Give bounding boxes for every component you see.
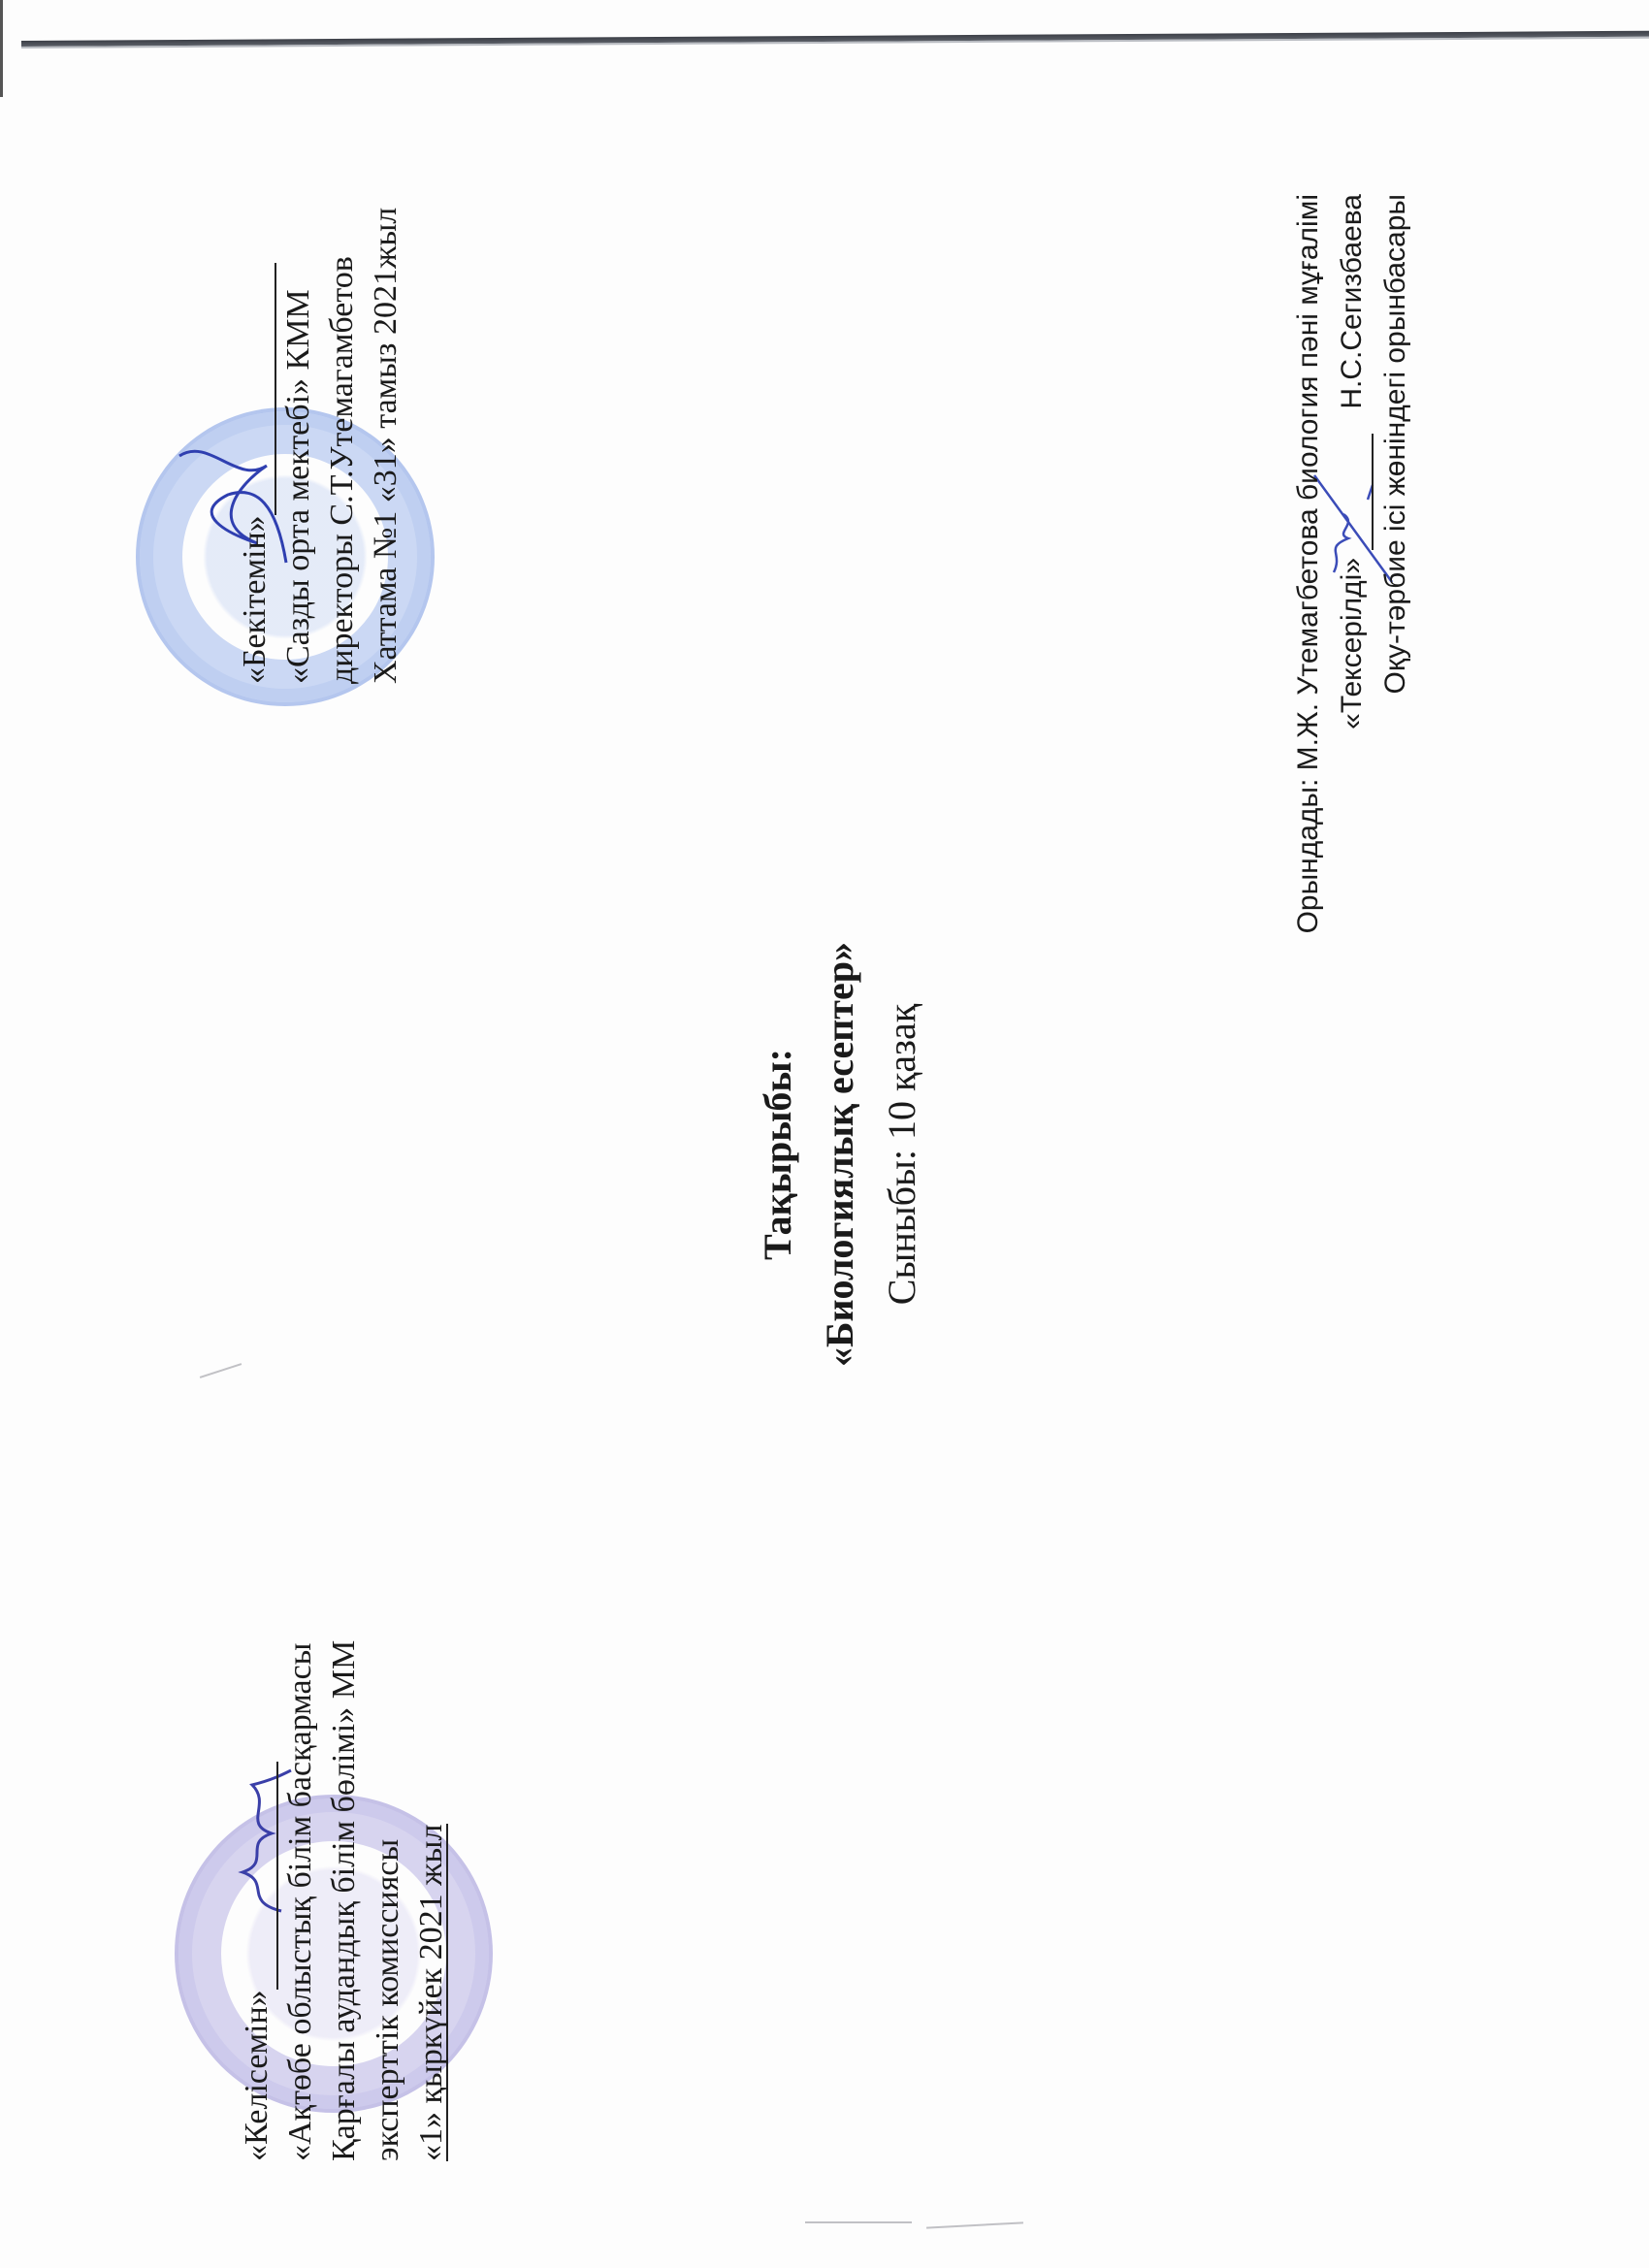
- title-grade: Сыныбы: 10 қазақ: [871, 902, 933, 1407]
- approval-right-line2: «Сазды орта мектебі» КММ: [276, 228, 320, 684]
- approval-left-label: «Келісемін»: [239, 1990, 275, 2161]
- approval-left-block: «Келісемін» «Ақтөбе облыстық білім басқа…: [235, 1482, 453, 2161]
- executor-line3: Оқу-тәрбие ісі жөніндегі орынбасары: [1374, 194, 1417, 970]
- title-heading: Тақырыбы:: [747, 902, 809, 1407]
- approval-right-block: «Бекітемін» «Сазды орта мектебі» КММ дир…: [233, 228, 407, 684]
- executor-line1: Орындады: М.Ж. Утемагбетова биология пән…: [1286, 194, 1330, 970]
- approval-left-date: «1» қыркүйек 2021 жыл: [417, 1825, 448, 2162]
- scan-edge: [0, 0, 3, 97]
- executor-block: Орындады: М.Ж. Утемагбетова биология пән…: [1286, 194, 1417, 970]
- signature-line: [243, 263, 276, 515]
- title-block: Тақырыбы: «Биологиялық есептер» Сыныбы: …: [747, 902, 933, 1407]
- title-name: «Биологиялық есептер»: [809, 902, 871, 1407]
- approval-right-label: «Бекітемін»: [237, 515, 273, 684]
- scan-artifact: [200, 1363, 242, 1378]
- approval-left-line2: «Ақтөбе облыстық білім басқармасы: [278, 1482, 322, 2161]
- scan-artifact: [926, 2221, 1023, 2228]
- signature-line: [245, 1762, 278, 1990]
- scan-artifact: [805, 2221, 912, 2223]
- approval-right-line4: Хаттама №1 «31» тамыз 2021жыл: [364, 228, 407, 684]
- approval-left-line4: эксперттік комиссиясы: [366, 1482, 409, 2161]
- checked-name: Н.С.Сегизбаева: [1336, 194, 1368, 409]
- scan-shadow-line: [21, 31, 1649, 49]
- approval-left-line3: Қарғалы аудандық білім бөлімі» ММ: [322, 1482, 366, 2161]
- approval-right-line3: директоры С.Т.Утемагамбетов: [320, 228, 364, 684]
- checker-signature-line: [1341, 434, 1374, 550]
- checked-label: «Тексерілді»: [1336, 558, 1368, 729]
